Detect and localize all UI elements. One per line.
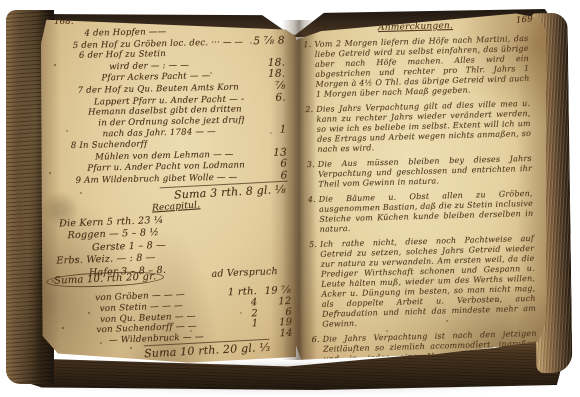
- paragraph-number: 3.: [307, 160, 319, 190]
- annotation-paragraph: 5. Ich rathe nicht, diese noch Pachtweis…: [309, 234, 536, 330]
- entry-label: 8 In Suchendorff: [71, 139, 148, 151]
- summary-value-thaler: 1: [210, 320, 258, 333]
- entry-value: [245, 143, 289, 144]
- paragraph-text: Die Bäume u. Obst allen zu Gröben, ausge…: [319, 189, 534, 235]
- summary-leader: [183, 307, 209, 308]
- entry-value: [243, 54, 287, 55]
- entry-value: ⅞: [244, 80, 288, 92]
- entry-value: 6: [245, 159, 289, 171]
- entry-value: 5 ⅞ 8: [243, 35, 287, 47]
- paragraph-text: Die Aus müssen bleiben bey dieses Jahrs …: [318, 154, 533, 190]
- annotation-paragraph: 4. Die Bäume u. Obst allen zu Gröben, au…: [308, 189, 534, 235]
- entry-label: 6 der Hof zu Stetin: [79, 49, 166, 61]
- summary-note: ad Verspruch: [211, 266, 278, 280]
- annotation-paragraphs: 1. Vom 2 Morgen liefern die Höfe nach Ma…: [303, 34, 538, 385]
- summary-leader: [196, 318, 210, 319]
- entry-value: [244, 121, 288, 122]
- paragraph-text: Ich rathe nicht, diese noch Pachtweise a…: [320, 234, 536, 330]
- entry-value: [242, 32, 286, 33]
- recap-text: Gerste 1 – 8 —: [92, 240, 166, 254]
- entry-leader: [147, 144, 244, 146]
- entry-value: 1: [244, 125, 288, 137]
- recapitulation-heading: Recapitul.: [152, 200, 201, 213]
- entry-leader: [166, 32, 242, 34]
- annotation-paragraph: 2. Dies Jahrs Verpachtung gilt ad dies v…: [305, 99, 531, 155]
- summary-leader: [197, 328, 210, 329]
- left-page: 168. 4 den Hopfen —— 5 den Hof zu Gröben…: [40, 12, 296, 364]
- entry-label: wird der — : — —: [109, 60, 189, 72]
- entry-leader: [216, 134, 245, 135]
- entry-value: [244, 111, 288, 112]
- entry-value: 6.: [244, 92, 288, 104]
- right-page: 169 Anmerckungen. 1. Vom 2 Morgen liefer…: [296, 10, 546, 363]
- paragraph-text: Vom 2 Morgen liefern die Höfe nach Marti…: [314, 34, 530, 100]
- entry-label: 4 den Hopfen ——: [84, 27, 166, 39]
- manuscript-photo: 168. 4 den Hopfen —— 5 den Hof zu Gröben…: [0, 0, 580, 397]
- annotation-paragraph: 1. Vom 2 Morgen liefern die Höfe nach Ma…: [303, 34, 530, 100]
- entry-leader: [210, 78, 243, 79]
- summary-leader: [185, 296, 209, 297]
- entry-leader: [166, 55, 243, 57]
- annotation-paragraph: 3. Die Aus müssen bleiben bey dieses Jah…: [307, 154, 533, 190]
- paragraph-text: Dies Jahrs Verpachtung gilt ad dies vill…: [316, 99, 531, 155]
- ledger-entries: 4 den Hopfen —— 5 den Hof zu Gröben loc.…: [46, 25, 289, 187]
- entry-leader: [189, 66, 243, 67]
